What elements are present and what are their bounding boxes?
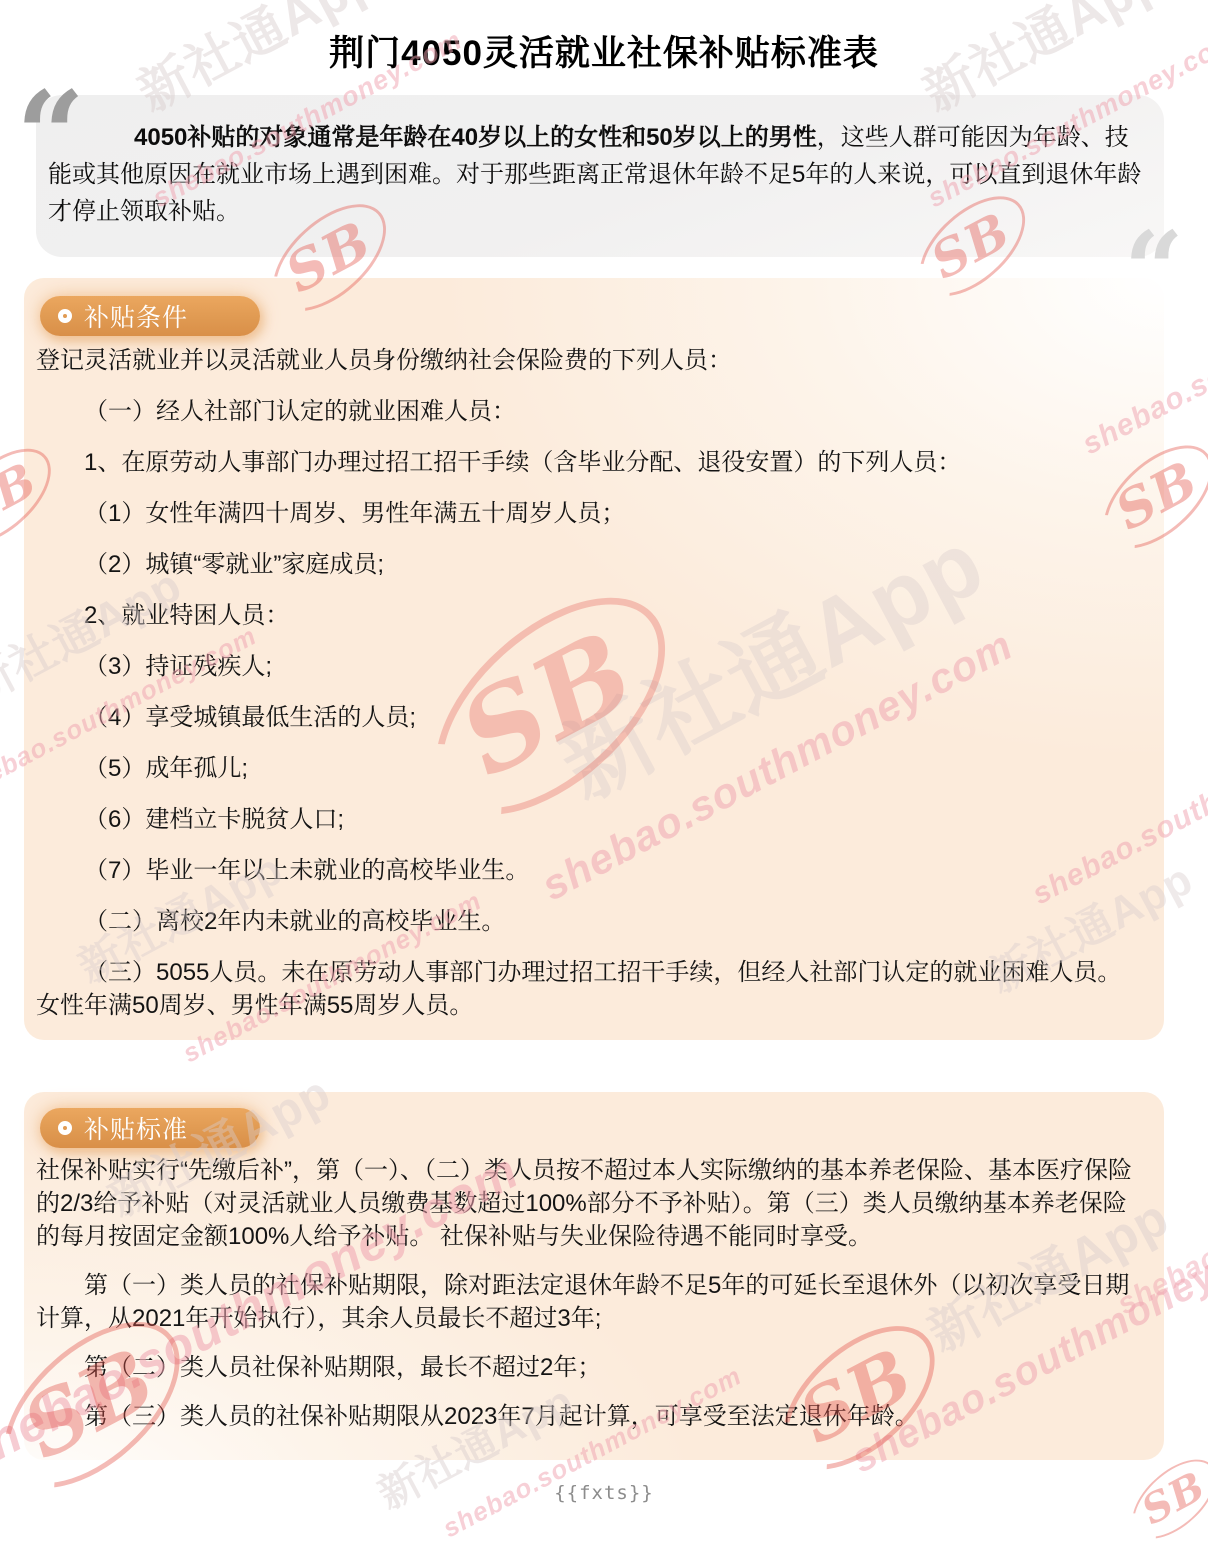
section-badge-conditions: 补贴条件 xyxy=(40,296,260,336)
intro-text: 4050补贴的对象通常是年龄在40岁以上的女性和50岁以上的男性，这些人群可能因… xyxy=(48,119,1144,230)
footer-placeholder: {{fxts}} xyxy=(0,1482,1208,1504)
paragraph: 1、在原劳动人事部门办理过招工招干手续（含毕业分配、退役安置）的下列人员： xyxy=(36,446,1134,479)
badge-label: 补贴标准 xyxy=(84,1110,188,1146)
paragraph: 社保补贴实行“先缴后补”，第（一）、（二）类人员按不超过本人实际缴纳的基本养老保… xyxy=(36,1154,1134,1253)
paragraph: （2）城镇“零就业”家庭成员; xyxy=(36,548,1134,581)
section-badge-standards: 补贴标准 xyxy=(40,1108,260,1148)
paragraph: （6）建档立卡脱贫人口; xyxy=(36,803,1134,836)
paragraph: （3）持证残疾人; xyxy=(36,650,1134,683)
paragraph: （7）毕业一年以上未就业的高校毕业生。 xyxy=(36,854,1134,887)
badge-label: 补贴条件 xyxy=(84,298,188,334)
intro-box: 4050补贴的对象通常是年龄在40岁以上的女性和50岁以上的男性，这些人群可能因… xyxy=(36,95,1164,257)
paragraph: 第（一）类人员的社保补贴期限，除对距法定退休年龄不足5年的可延长至退休外（以初次… xyxy=(36,1269,1134,1335)
paragraph: 第（二）类人员社保补贴期限，最长不超过2年； xyxy=(36,1351,1134,1384)
paragraph: （4）享受城镇最低生活的人员; xyxy=(36,701,1134,734)
paragraph: 第（三）类人员的社保补贴期限从2023年7月起计算，可享受至法定退休年龄。 xyxy=(36,1400,1134,1433)
section-subsidy-standards: 补贴标准 社保补贴实行“先缴后补”，第（一）、（二）类人员按不超过本人实际缴纳的… xyxy=(24,1092,1164,1460)
paragraph: （一）经人社部门认定的就业困难人员： xyxy=(36,395,1134,428)
paragraph: 2、就业特困人员： xyxy=(36,599,1134,632)
intro-bold-text: 4050补贴的对象通常是年龄在40岁以上的女性和50岁以上的男性 xyxy=(134,124,817,151)
paragraph: （1）女性年满四十周岁、男性年满五十周岁人员； xyxy=(36,497,1134,530)
paragraph: （二）离校2年内未就业的高校毕业生。 xyxy=(36,905,1134,938)
paragraph: （三）5055人员。未在原劳动人事部门办理过招工招干手续，但经人社部门认定的就业… xyxy=(36,956,1134,1022)
circle-ring-icon xyxy=(58,309,72,323)
page-title: 荆门4050灵活就业社保补贴标准表 xyxy=(0,26,1208,76)
paragraph: （5）成年孤儿; xyxy=(36,752,1134,785)
document-page: 荆门4050灵活就业社保补贴标准表 “ 4050补贴的对象通常是年龄在40岁以上… xyxy=(0,0,1208,1550)
circle-ring-icon xyxy=(58,1121,72,1135)
paragraph: 登记灵活就业并以灵活就业人员身份缴纳社会保险费的下列人员： xyxy=(36,344,1134,377)
section-subsidy-conditions: 补贴条件 登记灵活就业并以灵活就业人员身份缴纳社会保险费的下列人员： （一）经人… xyxy=(24,278,1164,1040)
